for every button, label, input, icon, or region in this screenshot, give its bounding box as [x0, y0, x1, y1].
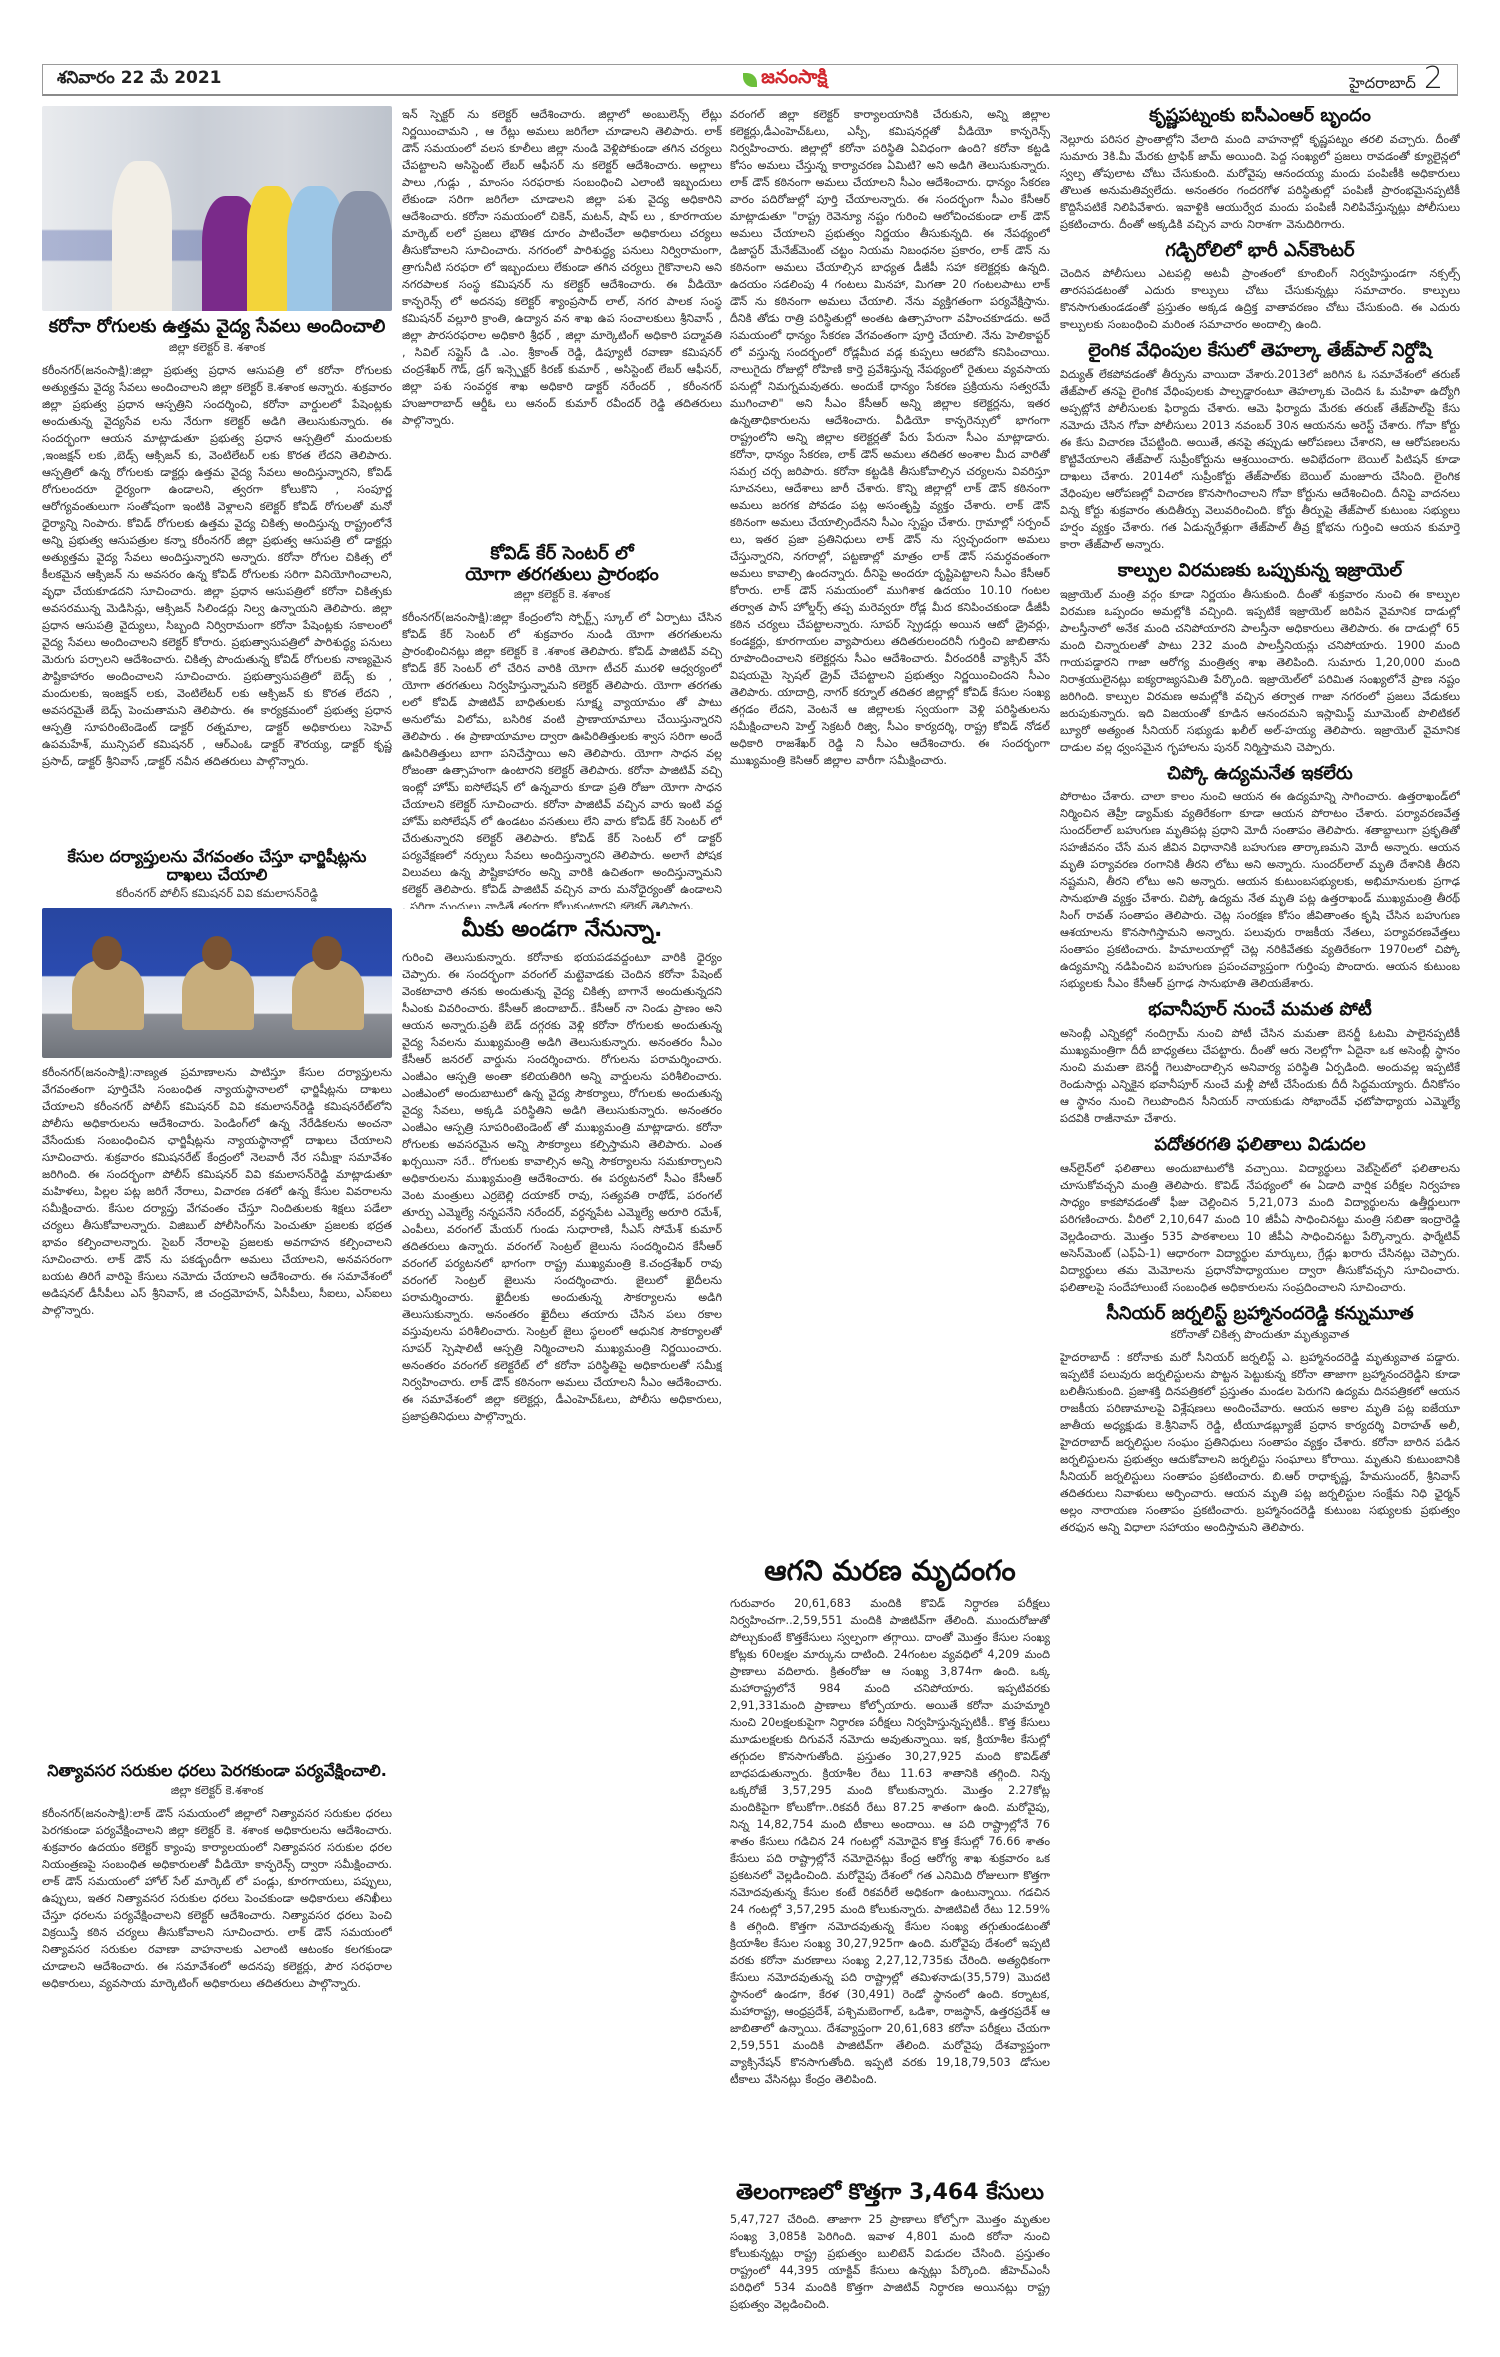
newspaper-logo[interactable]: జనంసాక్షి — [743, 66, 827, 93]
byline: కరీంనగర్ పోలీస్ కమిషనర్ వివి కమలాసన్‌రెడ… — [42, 886, 392, 903]
middle-column-1: ఇన్ స్పెక్టర్ ను కలెక్టర్ ఆదేశించారు. జి… — [402, 106, 722, 2341]
story-yoga: కోవిడ్ కేర్ సెంటర్ లో యోగా తరగతులు ప్రార… — [402, 544, 722, 909]
headline: కాల్పుల విరమణకు ఒప్పుకున్న ఇజ్రాయెల్ — [1060, 561, 1460, 582]
headline: సీనియర్ జర్నలిస్ట్ బ్రహ్మానందరెడ్డి కన్న… — [1060, 1304, 1460, 1325]
headline: లైంగిక వేధింపుల కేసులో తెహల్కా తేజ్‌పాల్… — [1060, 341, 1460, 362]
article-body-continued: వరంగల్ జిల్లా కలెక్టర్ కార్యాలయానికి చేర… — [730, 106, 1050, 769]
left-column: కరోనా రోగులకు ఉత్తమ వైద్య సేవలు అందించాల… — [42, 106, 392, 2341]
headline: పదోతరగతి ఫలితాలు విడుదల — [1060, 1135, 1460, 1156]
story-corona-patients: కరోనా రోగులకు ఉత్తమ వైద్య సేవలు అందించాల… — [42, 106, 392, 840]
story-mamata: భవానీపూర్ నుంచే మమత పోటీ అసెంబ్లీ ఎన్నిక… — [1060, 1000, 1460, 1127]
masthead: శనివారం 22 మే 2021 జనంసాక్షి హైదరాబాద్ 2 — [42, 64, 1458, 96]
story-essential-prices: నిత్యావసర సరుకుల ధరలు పెరగకుండా పర్యవేక్… — [42, 1762, 392, 1991]
headline: కరోనా రోగులకు ఉత్తమ వైద్య సేవలు అందించాల… — [42, 317, 392, 338]
logo-text: జనంసాక్షి — [761, 66, 827, 93]
edition-city: హైదరాబాద్ — [1349, 74, 1416, 96]
article-body: గురువారం 20,61,683 మందికి కొవిడ్ నిర్ధార… — [730, 1595, 1050, 2195]
headline: తెలంగాణలో కొత్తగా 3,464 కేసులు — [730, 2180, 1050, 2205]
article-body: ఆన్‌లైన్‌లో ఫలితాలు అందుబాటులోకి వచ్చాయి… — [1060, 1160, 1460, 1296]
byline: జిల్లా కలెక్టర్ కె. శశాంక — [42, 340, 392, 357]
headline-line-1: కోవిడ్ కేర్ సెంటర్ లో — [402, 544, 722, 565]
story-journalist-obituary: సీనియర్ జర్నలిస్ట్ బ్రహ్మానందరెడ్డి కన్న… — [1060, 1304, 1460, 1536]
byline: జిల్లా కలెక్టర్ కె. శశాంక — [402, 587, 722, 604]
article-body: అసెంబ్లీ ఎన్నికల్లో నందిగ్రామ్ నుంచి పోట… — [1060, 1025, 1460, 1127]
hospital-ward-photo — [42, 106, 392, 311]
headline: ఆగని మరణ మృదంగం — [730, 1555, 1050, 1587]
right-column: కృష్ణపట్నంకు ఐసీఎంఆర్ బృందం నెల్లూరు పరి… — [1060, 106, 1460, 2341]
article-body: పోరాటం చేశారు. చాలా కాలం నుంచి ఆయన ఈ ఉద్… — [1060, 788, 1460, 992]
issue-date: శనివారం 22 మే 2021 — [57, 68, 222, 92]
story-death-toll: ఆగని మరణ మృదంగం గురువారం 20,61,683 మందిక… — [730, 1555, 1050, 2195]
article-body: ఇజ్రాయెల్ మంత్రి వర్గం కూడా నిర్ణయం తీసు… — [1060, 586, 1460, 756]
article-body: 5,47,727 చేరింది. తాజాగా 25 ప్రాణాలు కోల… — [730, 2211, 1050, 2313]
headline: కృష్ణపట్నంకు ఐసీఎంఆర్ బృందం — [1060, 106, 1460, 127]
story-telangana-cases: తెలంగాణలో కొత్తగా 3,464 కేసులు 5,47,727 … — [730, 2180, 1050, 2313]
headline: చిప్కో ఉద్యమనేత ఇకలేరు — [1060, 764, 1460, 785]
headline: భవానీపూర్ నుంచే మమత పోటీ — [1060, 1000, 1460, 1021]
article-body: కరీంనగర్(జనంసాక్షి):జిల్లా కేంద్రంలోని స… — [402, 609, 722, 909]
edition-info: హైదరాబాద్ 2 — [1349, 64, 1443, 96]
byline: కరోనాతో చికిత్స పొందుతూ మృత్యువాత — [1060, 1327, 1460, 1344]
article-body: గురించి తెలుసుకున్నారు. కరోనాకు భయపడవద్ద… — [402, 949, 722, 1425]
article-body: హైదరాబాద్ : కరోనాకు మరో సీనియర్ జర్నలిస్… — [1060, 1349, 1460, 1536]
article-body: నెల్లూరు పరిసర ప్రాంతాల్లోని వేలాది మంది… — [1060, 131, 1460, 233]
article-body: కరీంనగర్(జనంసాక్షి):జిల్లా ప్రభుత్వ ప్రధ… — [42, 362, 392, 840]
article-body: కరీంనగర్(జనంసాక్షి):నాణ్యత ప్రమాణాలను పా… — [42, 1064, 392, 1754]
byline: జిల్లా కలెక్టర్ కె.శశాంక — [42, 1783, 392, 1800]
story-israel-ceasefire: కాల్పుల విరమణకు ఒప్పుకున్న ఇజ్రాయెల్ ఇజ్… — [1060, 561, 1460, 756]
police-meeting-photo — [42, 908, 392, 1058]
story-case-investigations: కేసుల దర్యాప్తులను వేగవంతం చేస్తూ ఛార్జి… — [42, 848, 392, 1755]
leaf-logo-icon — [743, 73, 757, 87]
page-number: 2 — [1424, 64, 1443, 94]
story-tejpal: లైంగిక వేధింపుల కేసులో తెహల్కా తేజ్‌పాల్… — [1060, 341, 1460, 553]
headline: గడ్చిరోలిలో భారీ ఎన్‌కౌంటర్ — [1060, 241, 1460, 262]
article-body: కరీంనగర్(జనంసాక్షి):లాక్ డౌన్ సమయంలో జిల… — [42, 1805, 392, 1992]
story-krishnapatnam: కృష్ణపట్నంకు ఐసీఎంఆర్ బృందం నెల్లూరు పరి… — [1060, 106, 1460, 233]
headline-line-2: యోగా తరగతులు ప్రారంభం — [402, 565, 722, 586]
story-gadchiroli: గడ్చిరోలిలో భారీ ఎన్‌కౌంటర్ చెందిన పోలీస… — [1060, 241, 1460, 334]
article-body-continued: ఇన్ స్పెక్టర్ ను కలెక్టర్ ఆదేశించారు. జి… — [402, 106, 722, 536]
story-meeku-andaga: మీకు అండగా నేనున్నా. గురించి తెలుసుకున్న… — [402, 917, 722, 1424]
headline: మీకు అండగా నేనున్నా. — [402, 917, 722, 942]
headline: కేసుల దర్యాప్తులను వేగవంతం చేస్తూ ఛార్జి… — [42, 848, 392, 885]
article-body: విద్యుత్ లేకపోవడంతో తీర్పును వాయిదా వేశా… — [1060, 366, 1460, 553]
article-body: చెందిన పోలీసులు ఎటపల్లి అటవీ ప్రాంతంలో క… — [1060, 265, 1460, 333]
story-chipko: చిప్కో ఉద్యమనేత ఇకలేరు పోరాటం చేశారు. చా… — [1060, 764, 1460, 993]
middle-column-2: వరంగల్ జిల్లా కలెక్టర్ కార్యాలయానికి చేర… — [730, 106, 1050, 1526]
story-ssc-results: పదోతరగతి ఫలితాలు విడుదల ఆన్‌లైన్‌లో ఫలిత… — [1060, 1135, 1460, 1296]
headline: నిత్యావసర సరుకుల ధరలు పెరగకుండా పర్యవేక్… — [42, 1762, 392, 1780]
